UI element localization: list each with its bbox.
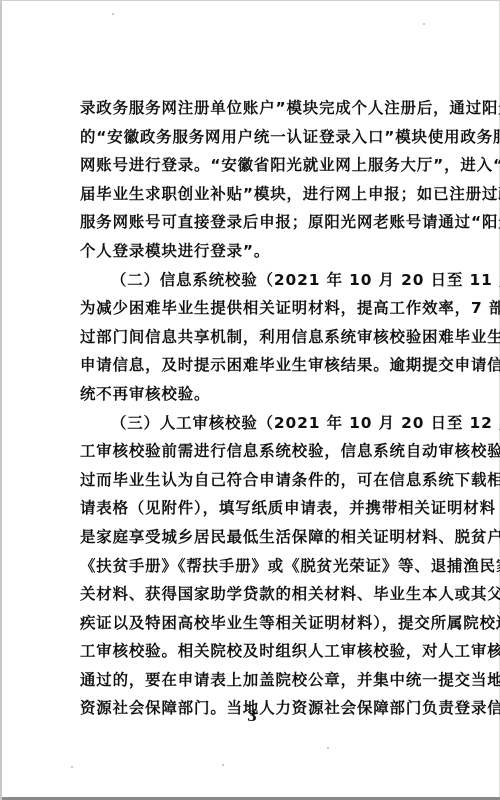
text-line: 过部门间信息共享机制，利用信息系统审核校验困难毕业生提交的 [80,323,450,352]
document-body: 录政务服务网注册单位账户”模块完成个人注册后，通过阳光网 的“安徽政务服务网用户… [80,94,450,723]
page-number: 3 [2,709,500,725]
text-line: 关材料、获得国家助学贷款的相关材料、毕业生本人或其父母残 [80,580,450,609]
text-line: 的“安徽政务服务网用户统一认证登录入口”模块使用政务服务 [80,123,450,152]
section-heading-2: （二）信息系统校验（2021 年 10 月 20 日至 11 月 22 日）。 [80,266,450,295]
text-line: 个人登录模块进行登录”。 [80,237,450,266]
text-line: 录政务服务网注册单位账户”模块完成个人注册后，通过阳光网 [80,94,450,123]
document-page: 录政务服务网注册单位账户”模块完成个人注册后，通过阳光网 的“安徽政务服务网用户… [0,0,500,800]
text-line: 《扶贫手册》《帮扶手册》或《脱贫光荣证》等、退捕渔民家庭相 [80,552,450,581]
text-line: 通过的，要在申请表上加盖院校公章，并集中统一提交当地人力 [80,666,450,695]
scan-speck [71,766,73,768]
text-line: 疾证以及特困高校毕业生等相关证明材料），提交所属院校进行人 [80,609,450,638]
text-line: 统不再审核校验。 [80,380,450,409]
text-line: 服务网账号可直接登录后申报；原阳光网老账号请通过“阳光网 [80,208,450,237]
text-line: 届毕业生求职创业补贴”模块，进行网上申报；如已注册过政务 [80,180,450,209]
paragraph-manual-verification: （三）人工审核校验（2021 年 10 月 20 日至 12 月 2 日）。人 … [80,409,450,724]
text-line: 工审核校验。相关院校及时组织人工审核校验，对人工审核校验 [80,637,450,666]
scan-speck [222,764,224,766]
text-line: 过而毕业生认为自己符合申请条件的，可在信息系统下载相关申 [80,466,450,495]
scan-speck [112,13,114,15]
text-line: 申请信息，及时提示困难毕业生审核结果。逾期提交申请信息，系 [80,351,450,380]
scan-speck [423,23,425,25]
text-line: 为减少困难毕业生提供相关证明材料，提高工作效率，7 部门将通 [80,294,450,323]
text-line: 网账号进行登录。“安徽省阳光就业网上服务大厅”，进入“2022 [80,151,450,180]
text-line: 请表格（见附件），填写纸质申请表，并携带相关证明材料（主要 [80,494,450,523]
text-line: 工审核校验前需进行信息系统校验，信息系统自动审核校验不通 [80,437,450,466]
scan-speck [327,747,329,749]
text-line: 是家庭享受城乡居民最低生活保障的相关证明材料、脱贫户家庭 [80,523,450,552]
section-heading-3: （三）人工审核校验（2021 年 10 月 20 日至 12 月 2 日）。人 [80,409,450,438]
paragraph-registration: 录政务服务网注册单位账户”模块完成个人注册后，通过阳光网 的“安徽政务服务网用户… [80,94,450,266]
paragraph-system-verification: （二）信息系统校验（2021 年 10 月 20 日至 11 月 22 日）。 … [80,266,450,409]
